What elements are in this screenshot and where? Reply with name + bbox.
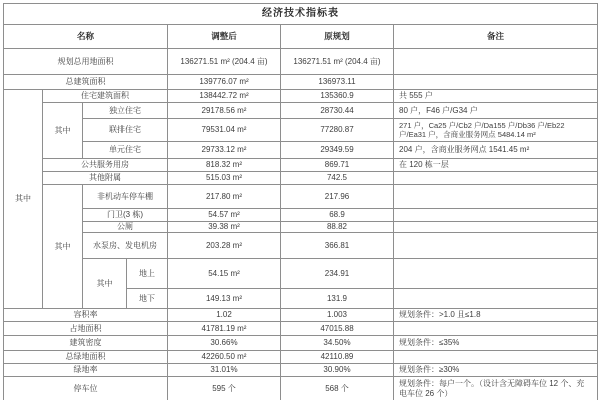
original-value-cell: 217.96 xyxy=(281,185,394,209)
original-value-cell: 47015.88 xyxy=(281,322,394,336)
row-label-cell: 容积率 xyxy=(4,309,168,322)
row-label-cell: 门卫(3 栋) xyxy=(83,209,168,222)
document-page: 经济技术指标表 名称 调整后 原规划 备注 规划总用地面积 136271.51 … xyxy=(0,0,600,400)
adjusted-value-cell: 30.66% xyxy=(168,336,281,351)
remark-cell xyxy=(394,351,598,364)
adjusted-value-cell: 515.03 m² xyxy=(168,172,281,185)
row-label-cell: 占地面积 xyxy=(4,322,168,336)
row-label-cell: 规划总用地面积 xyxy=(4,49,168,75)
table-row: 建筑密度 30.66% 34.50% 规划条件：≤35% xyxy=(4,336,598,351)
row-label-cell: 公共服务用房 xyxy=(43,159,168,172)
table-row: 联排住宅 79531.04 m² 77280.87 271 户，Ca25 户/C… xyxy=(4,119,598,142)
group-label-pumphouse: 其中 xyxy=(83,259,127,309)
row-label-cell: 地下 xyxy=(127,289,168,309)
column-header-adjusted: 调整后 xyxy=(168,25,281,49)
row-label-cell: 总建筑面积 xyxy=(4,75,168,90)
table-row: 其他附属 515.03 m² 742.5 xyxy=(4,172,598,185)
row-label-cell: 独立住宅 xyxy=(83,103,168,119)
original-value-cell: 30.90% xyxy=(281,364,394,377)
original-value-cell: 234.91 xyxy=(281,259,394,289)
row-label-cell: 地上 xyxy=(127,259,168,289)
table-header-row: 名称 调整后 原规划 备注 xyxy=(4,25,598,49)
table-row: 容积率 1.02 1.003 规划条件：>1.0 且≤1.8 xyxy=(4,309,598,322)
adjusted-value-cell: 139776.07 m² xyxy=(168,75,281,90)
table-title-row: 经济技术指标表 xyxy=(4,4,598,25)
adjusted-value-cell: 54.15 m² xyxy=(168,259,281,289)
table-row: 其中 独立住宅 29178.56 m² 28730.44 80 户，F46 户/… xyxy=(4,103,598,119)
table-row: 其中 地上 54.15 m² 234.91 xyxy=(4,259,598,289)
remark-cell xyxy=(394,233,598,259)
original-value-cell: 136973.11 xyxy=(281,75,394,90)
row-label-cell: 水泵房、发电机房 xyxy=(83,233,168,259)
economic-indicators-table: 经济技术指标表 名称 调整后 原规划 备注 规划总用地面积 136271.51 … xyxy=(3,3,598,400)
row-label-cell: 单元住宅 xyxy=(83,142,168,159)
adjusted-value-cell: 149.13 m² xyxy=(168,289,281,309)
table-row: 公厕 39.38 m² 88.82 xyxy=(4,222,598,233)
remark-cell xyxy=(394,185,598,209)
remark-cell xyxy=(394,222,598,233)
original-value-cell: 869.71 xyxy=(281,159,394,172)
original-value-cell: 131.9 xyxy=(281,289,394,309)
row-label-cell: 建筑密度 xyxy=(4,336,168,351)
table-row: 停车位 595 个 568 个 规划条件：每户一个。（设计含无障碍车位 12 个… xyxy=(4,377,598,400)
row-label-cell: 非机动车停车棚 xyxy=(83,185,168,209)
row-label-cell: 绿地率 xyxy=(4,364,168,377)
row-label-cell: 总绿地面积 xyxy=(4,351,168,364)
adjusted-value-cell: 29733.12 m² xyxy=(168,142,281,159)
remark-cell: 204 户，含商业服务网点 1541.45 m² xyxy=(394,142,598,159)
table-row: 公共服务用房 818.32 m² 869.71 在 120 栋一层 xyxy=(4,159,598,172)
table-row: 规划总用地面积 136271.51 m² (204.4 亩) 136271.51… xyxy=(4,49,598,75)
table-row: 占地面积 41781.19 m² 47015.88 xyxy=(4,322,598,336)
original-value-cell: 742.5 xyxy=(281,172,394,185)
remark-cell xyxy=(394,75,598,90)
table-row: 水泵房、发电机房 203.28 m² 366.81 xyxy=(4,233,598,259)
table-row: 其中 非机动车停车棚 217.80 m² 217.96 xyxy=(4,185,598,209)
remark-cell xyxy=(394,172,598,185)
adjusted-value-cell: 39.38 m² xyxy=(168,222,281,233)
adjusted-value-cell: 136271.51 m² (204.4 亩) xyxy=(168,49,281,75)
adjusted-value-cell: 217.80 m² xyxy=(168,185,281,209)
remark-cell: 271 户，Ca25 户/Cb2 户/Da155 户/Db36 户/Eb22 户… xyxy=(394,119,598,142)
original-value-cell: 77280.87 xyxy=(281,119,394,142)
adjusted-value-cell: 818.32 m² xyxy=(168,159,281,172)
adjusted-value-cell: 595 个 xyxy=(168,377,281,400)
remark-cell: 共 555 户 xyxy=(394,90,598,103)
table-row: 绿地率 31.01% 30.90% 规划条件：≥30% xyxy=(4,364,598,377)
original-value-cell: 568 个 xyxy=(281,377,394,400)
original-value-cell: 28730.44 xyxy=(281,103,394,119)
adjusted-value-cell: 29178.56 m² xyxy=(168,103,281,119)
adjusted-value-cell: 42260.50 m² xyxy=(168,351,281,364)
row-label-cell: 停车位 xyxy=(4,377,168,400)
table-title: 经济技术指标表 xyxy=(4,4,598,25)
column-header-original: 原规划 xyxy=(281,25,394,49)
table-row: 总绿地面积 42260.50 m² 42110.89 xyxy=(4,351,598,364)
adjusted-value-cell: 54.57 m² xyxy=(168,209,281,222)
table-row: 单元住宅 29733.12 m² 29349.59 204 户，含商业服务网点 … xyxy=(4,142,598,159)
original-value-cell: 366.81 xyxy=(281,233,394,259)
column-header-name: 名称 xyxy=(4,25,168,49)
table-row: 总建筑面积 139776.07 m² 136973.11 xyxy=(4,75,598,90)
original-value-cell: 135360.9 xyxy=(281,90,394,103)
table-row: 门卫(3 栋) 54.57 m² 68.9 xyxy=(4,209,598,222)
adjusted-value-cell: 1.02 xyxy=(168,309,281,322)
original-value-cell: 88.82 xyxy=(281,222,394,233)
row-label-cell: 联排住宅 xyxy=(83,119,168,142)
row-label-cell: 公厕 xyxy=(83,222,168,233)
remark-cell: 规划条件：>1.0 且≤1.8 xyxy=(394,309,598,322)
remark-cell xyxy=(394,49,598,75)
remark-cell xyxy=(394,322,598,336)
original-value-cell: 34.50% xyxy=(281,336,394,351)
remark-cell xyxy=(394,289,598,309)
table-row: 其中 住宅建筑面积 138442.72 m² 135360.9 共 555 户 xyxy=(4,90,598,103)
original-value-cell: 1.003 xyxy=(281,309,394,322)
row-label-cell: 其他附属 xyxy=(43,172,168,185)
row-label-cell: 住宅建筑面积 xyxy=(43,90,168,103)
adjusted-value-cell: 41781.19 m² xyxy=(168,322,281,336)
group-label-ancillary: 其中 xyxy=(43,185,83,309)
original-value-cell: 29349.59 xyxy=(281,142,394,159)
remark-cell xyxy=(394,209,598,222)
adjusted-value-cell: 79531.04 m² xyxy=(168,119,281,142)
group-label-residential: 其中 xyxy=(43,103,83,159)
remark-cell: 规划条件：≥30% xyxy=(394,364,598,377)
remark-cell: 规划条件：每户一个。（设计含无障碍车位 12 个、充电车位 26 个） xyxy=(394,377,598,400)
group-label-outer: 其中 xyxy=(4,90,43,309)
original-value-cell: 42110.89 xyxy=(281,351,394,364)
remark-cell: 在 120 栋一层 xyxy=(394,159,598,172)
adjusted-value-cell: 203.28 m² xyxy=(168,233,281,259)
adjusted-value-cell: 31.01% xyxy=(168,364,281,377)
remark-cell: 规划条件：≤35% xyxy=(394,336,598,351)
column-header-remark: 备注 xyxy=(394,25,598,49)
remark-cell: 80 户，F46 户/G34 户 xyxy=(394,103,598,119)
remark-cell xyxy=(394,259,598,289)
original-value-cell: 68.9 xyxy=(281,209,394,222)
adjusted-value-cell: 138442.72 m² xyxy=(168,90,281,103)
original-value-cell: 136271.51 m² (204.4 亩) xyxy=(281,49,394,75)
